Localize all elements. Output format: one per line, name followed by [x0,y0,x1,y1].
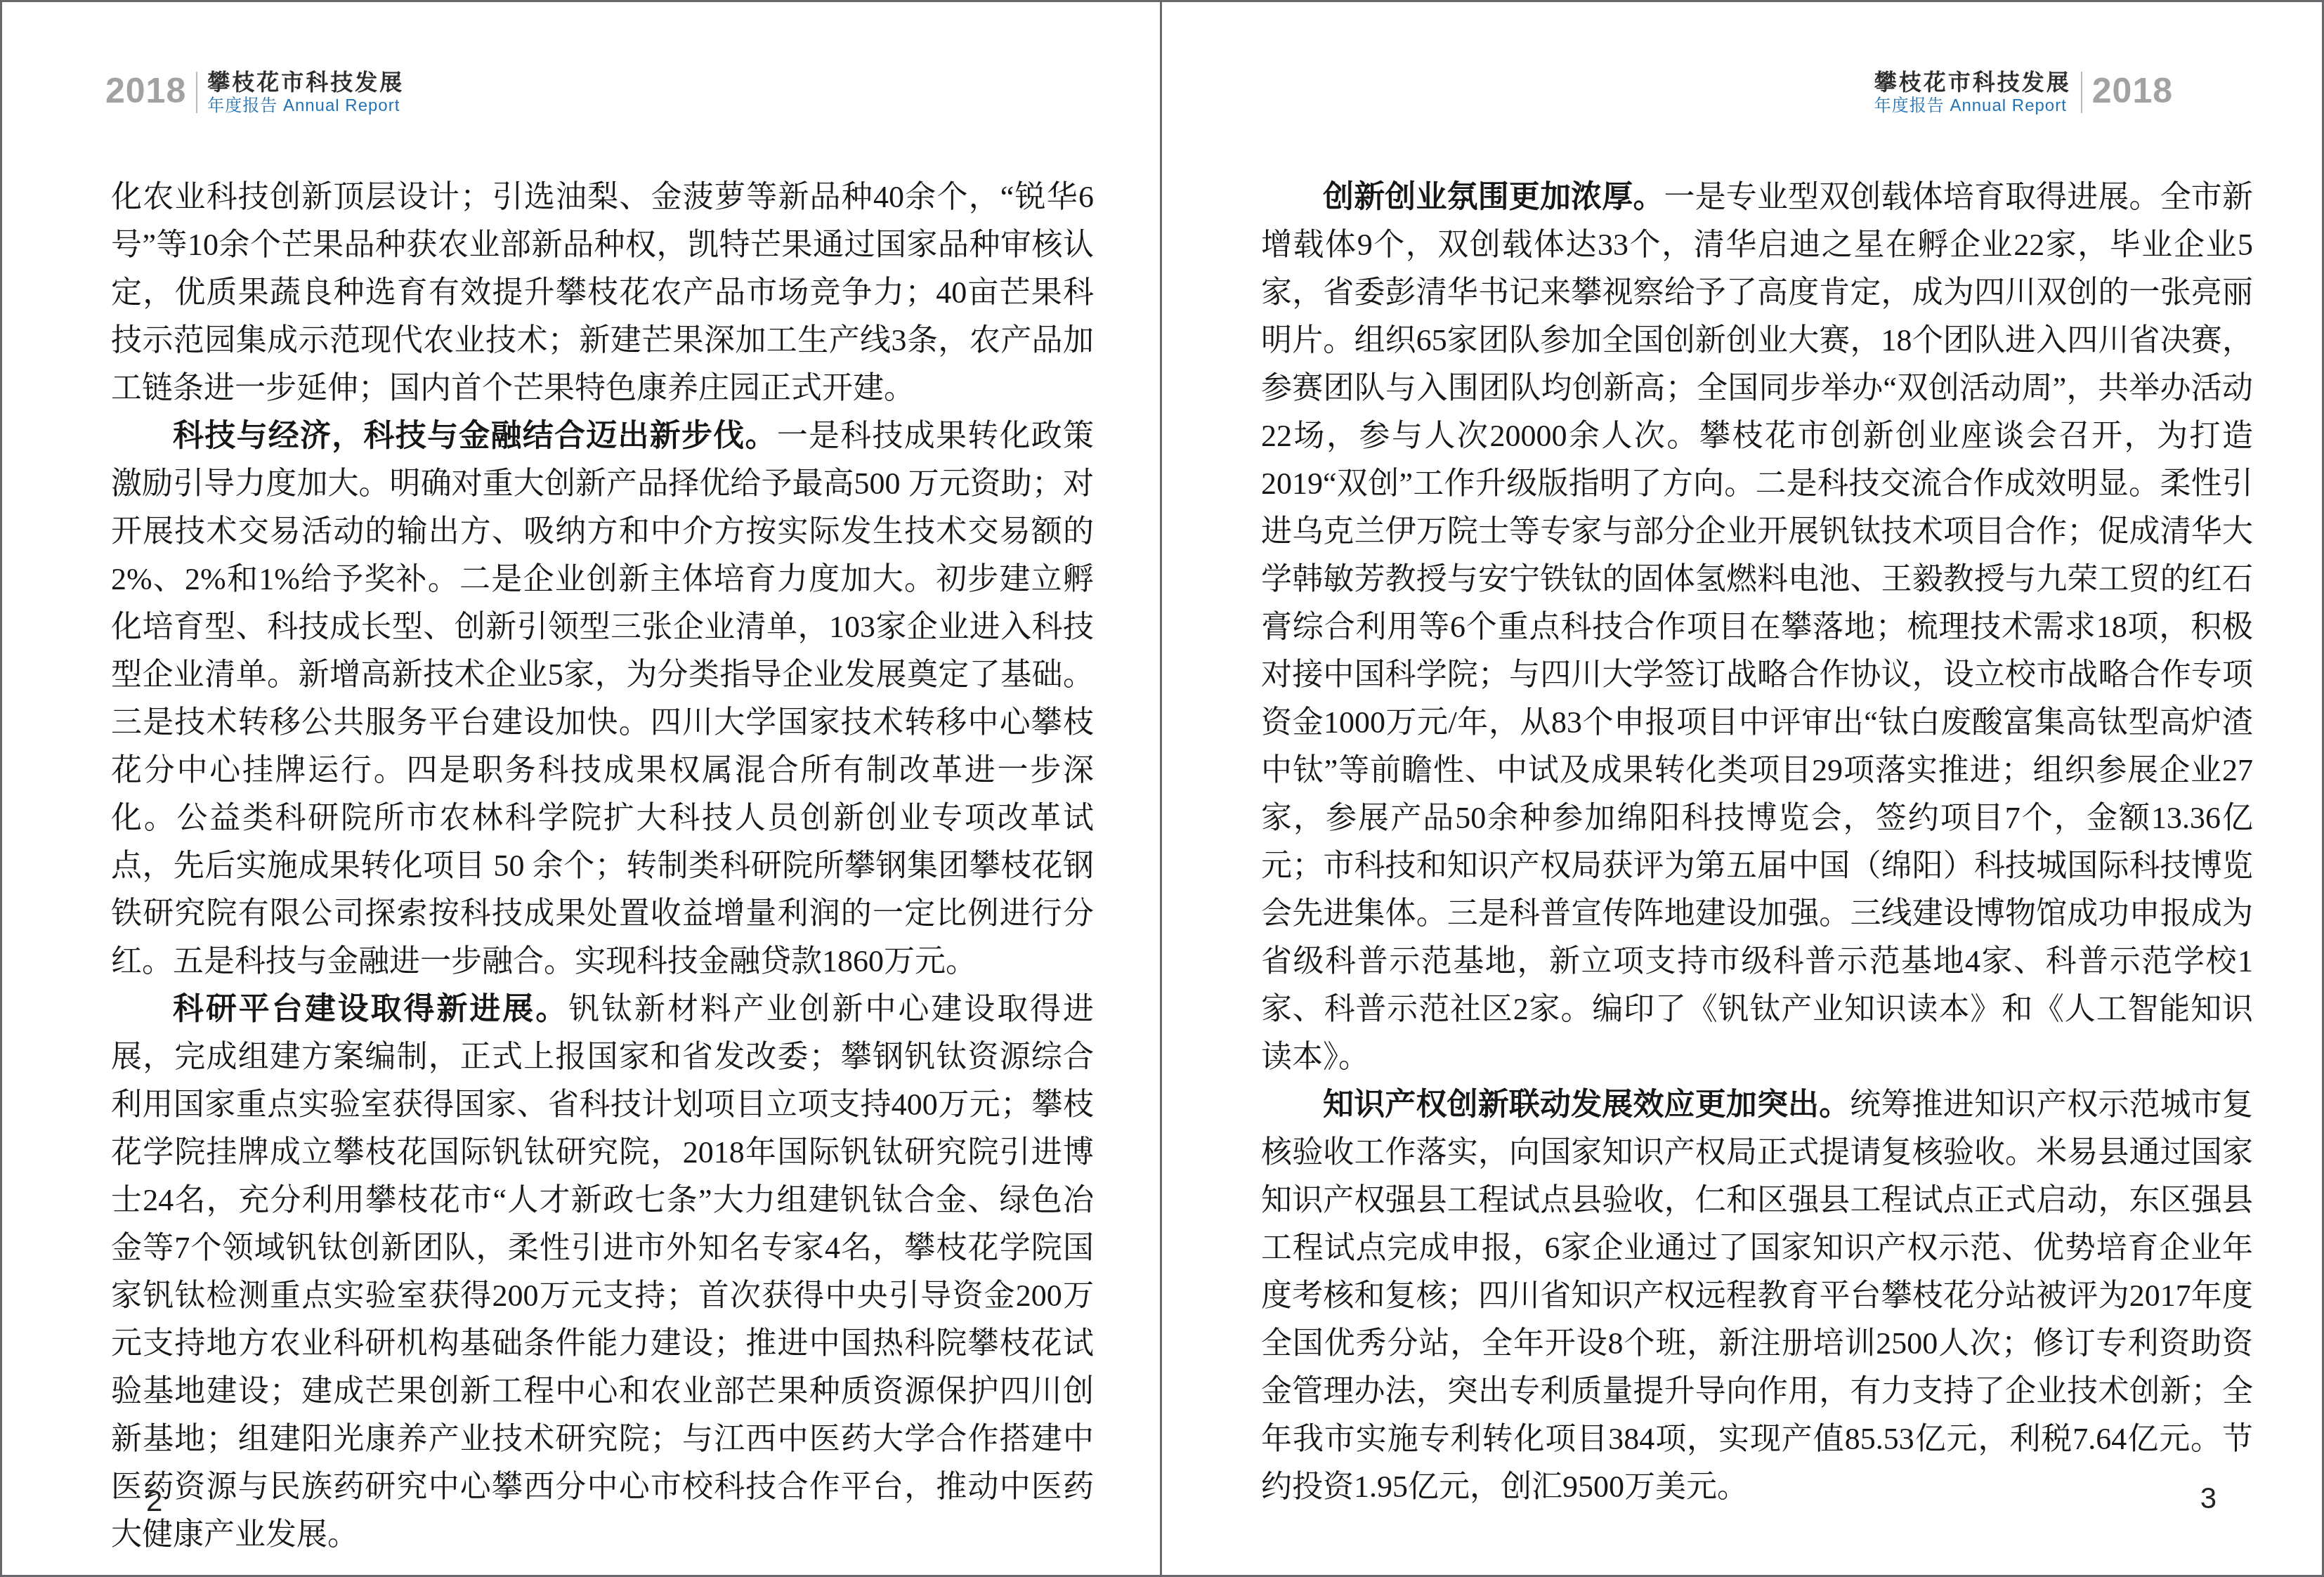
paragraph: 化农业科技创新顶层设计；引选油梨、金菠萝等新品种40余个，“锐华6号”等10余个… [111,174,1094,412]
report-title-cn: 攀枝花市科技发展 [207,70,404,95]
paragraph-text: 统筹推进知识产权示范城市复核验收工作落实，向国家知识产权局正式提请复核验收。米易… [1261,1087,2253,1504]
report-title-cn: 攀枝花市科技发展 [1874,70,2071,95]
header-divider-bar [2081,72,2082,113]
report-subtitle: 年度报告 Annual Report [207,96,404,115]
paragraph-lead: 科技与经济，科技与金融结合迈出新步伐。 [173,419,777,453]
book-spread: 2018 攀枝花市科技发展 年度报告 Annual Report 化农业科技创新… [0,0,2324,1577]
header-titles: 攀枝花市科技发展 年度报告 Annual Report [1874,70,2071,115]
header-divider-bar [196,72,197,113]
paragraph-text: 钒钛新材料产业创新中心建设取得进展，完成组建方案编制，正式上报国家和省发改委；攀… [111,992,1094,1552]
paragraph-text: 化农业科技创新顶层设计；引选油梨、金菠萝等新品种40余个，“锐华6号”等10余个… [111,180,1094,405]
page-header-left: 2018 攀枝花市科技发展 年度报告 Annual Report [105,70,404,115]
header-titles: 攀枝花市科技发展 年度报告 Annual Report [207,70,404,115]
paragraph: 创新创业氛围更加浓厚。一是专业型双创载体培育取得进展。全市新增载体9个，双创载体… [1261,174,2253,1081]
page-right-body: 创新创业氛围更加浓厚。一是专业型双创载体培育取得进展。全市新增载体9个，双创载体… [1261,174,2253,1511]
page-right: 攀枝花市科技发展 年度报告 Annual Report 2018 创新创业氛围更… [1162,2,2322,1575]
paragraph-lead: 创新创业氛围更加浓厚。 [1323,180,1664,214]
paragraph: 科研平台建设取得新进展。钒钛新材料产业创新中心建设取得进展，完成组建方案编制，正… [111,986,1094,1559]
paragraph-text: 一是科技成果转化政策激励引导力度加大。明确对重大创新产品择优给予最高500 万元… [111,419,1094,979]
paragraph: 知识产权创新联动发展效应更加突出。统筹推进知识产权示范城市复核验收工作落实，向国… [1261,1081,2253,1511]
report-subtitle: 年度报告 Annual Report [1874,96,2071,115]
page-number-left: 2 [146,1484,162,1518]
paragraph-lead: 科研平台建设取得新进展。 [173,992,568,1026]
report-year: 2018 [2092,70,2173,115]
page-left-body: 化农业科技创新顶层设计；引选油梨、金菠萝等新品种40余个，“锐华6号”等10余个… [111,174,1094,1559]
page-number-right: 3 [2200,1481,2217,1515]
paragraph: 科技与经济，科技与金融结合迈出新步伐。一是科技成果转化政策激励引导力度加大。明确… [111,412,1094,986]
page-left: 2018 攀枝花市科技发展 年度报告 Annual Report 化农业科技创新… [2,2,1162,1575]
page-header-right: 攀枝花市科技发展 年度报告 Annual Report 2018 [1874,70,2173,115]
paragraph-lead: 知识产权创新联动发展效应更加突出。 [1323,1087,1850,1122]
report-year: 2018 [105,70,186,115]
paragraph-text: 一是专业型双创载体培育取得进展。全市新增载体9个，双创载体达33个，清华启迪之星… [1261,180,2253,1074]
